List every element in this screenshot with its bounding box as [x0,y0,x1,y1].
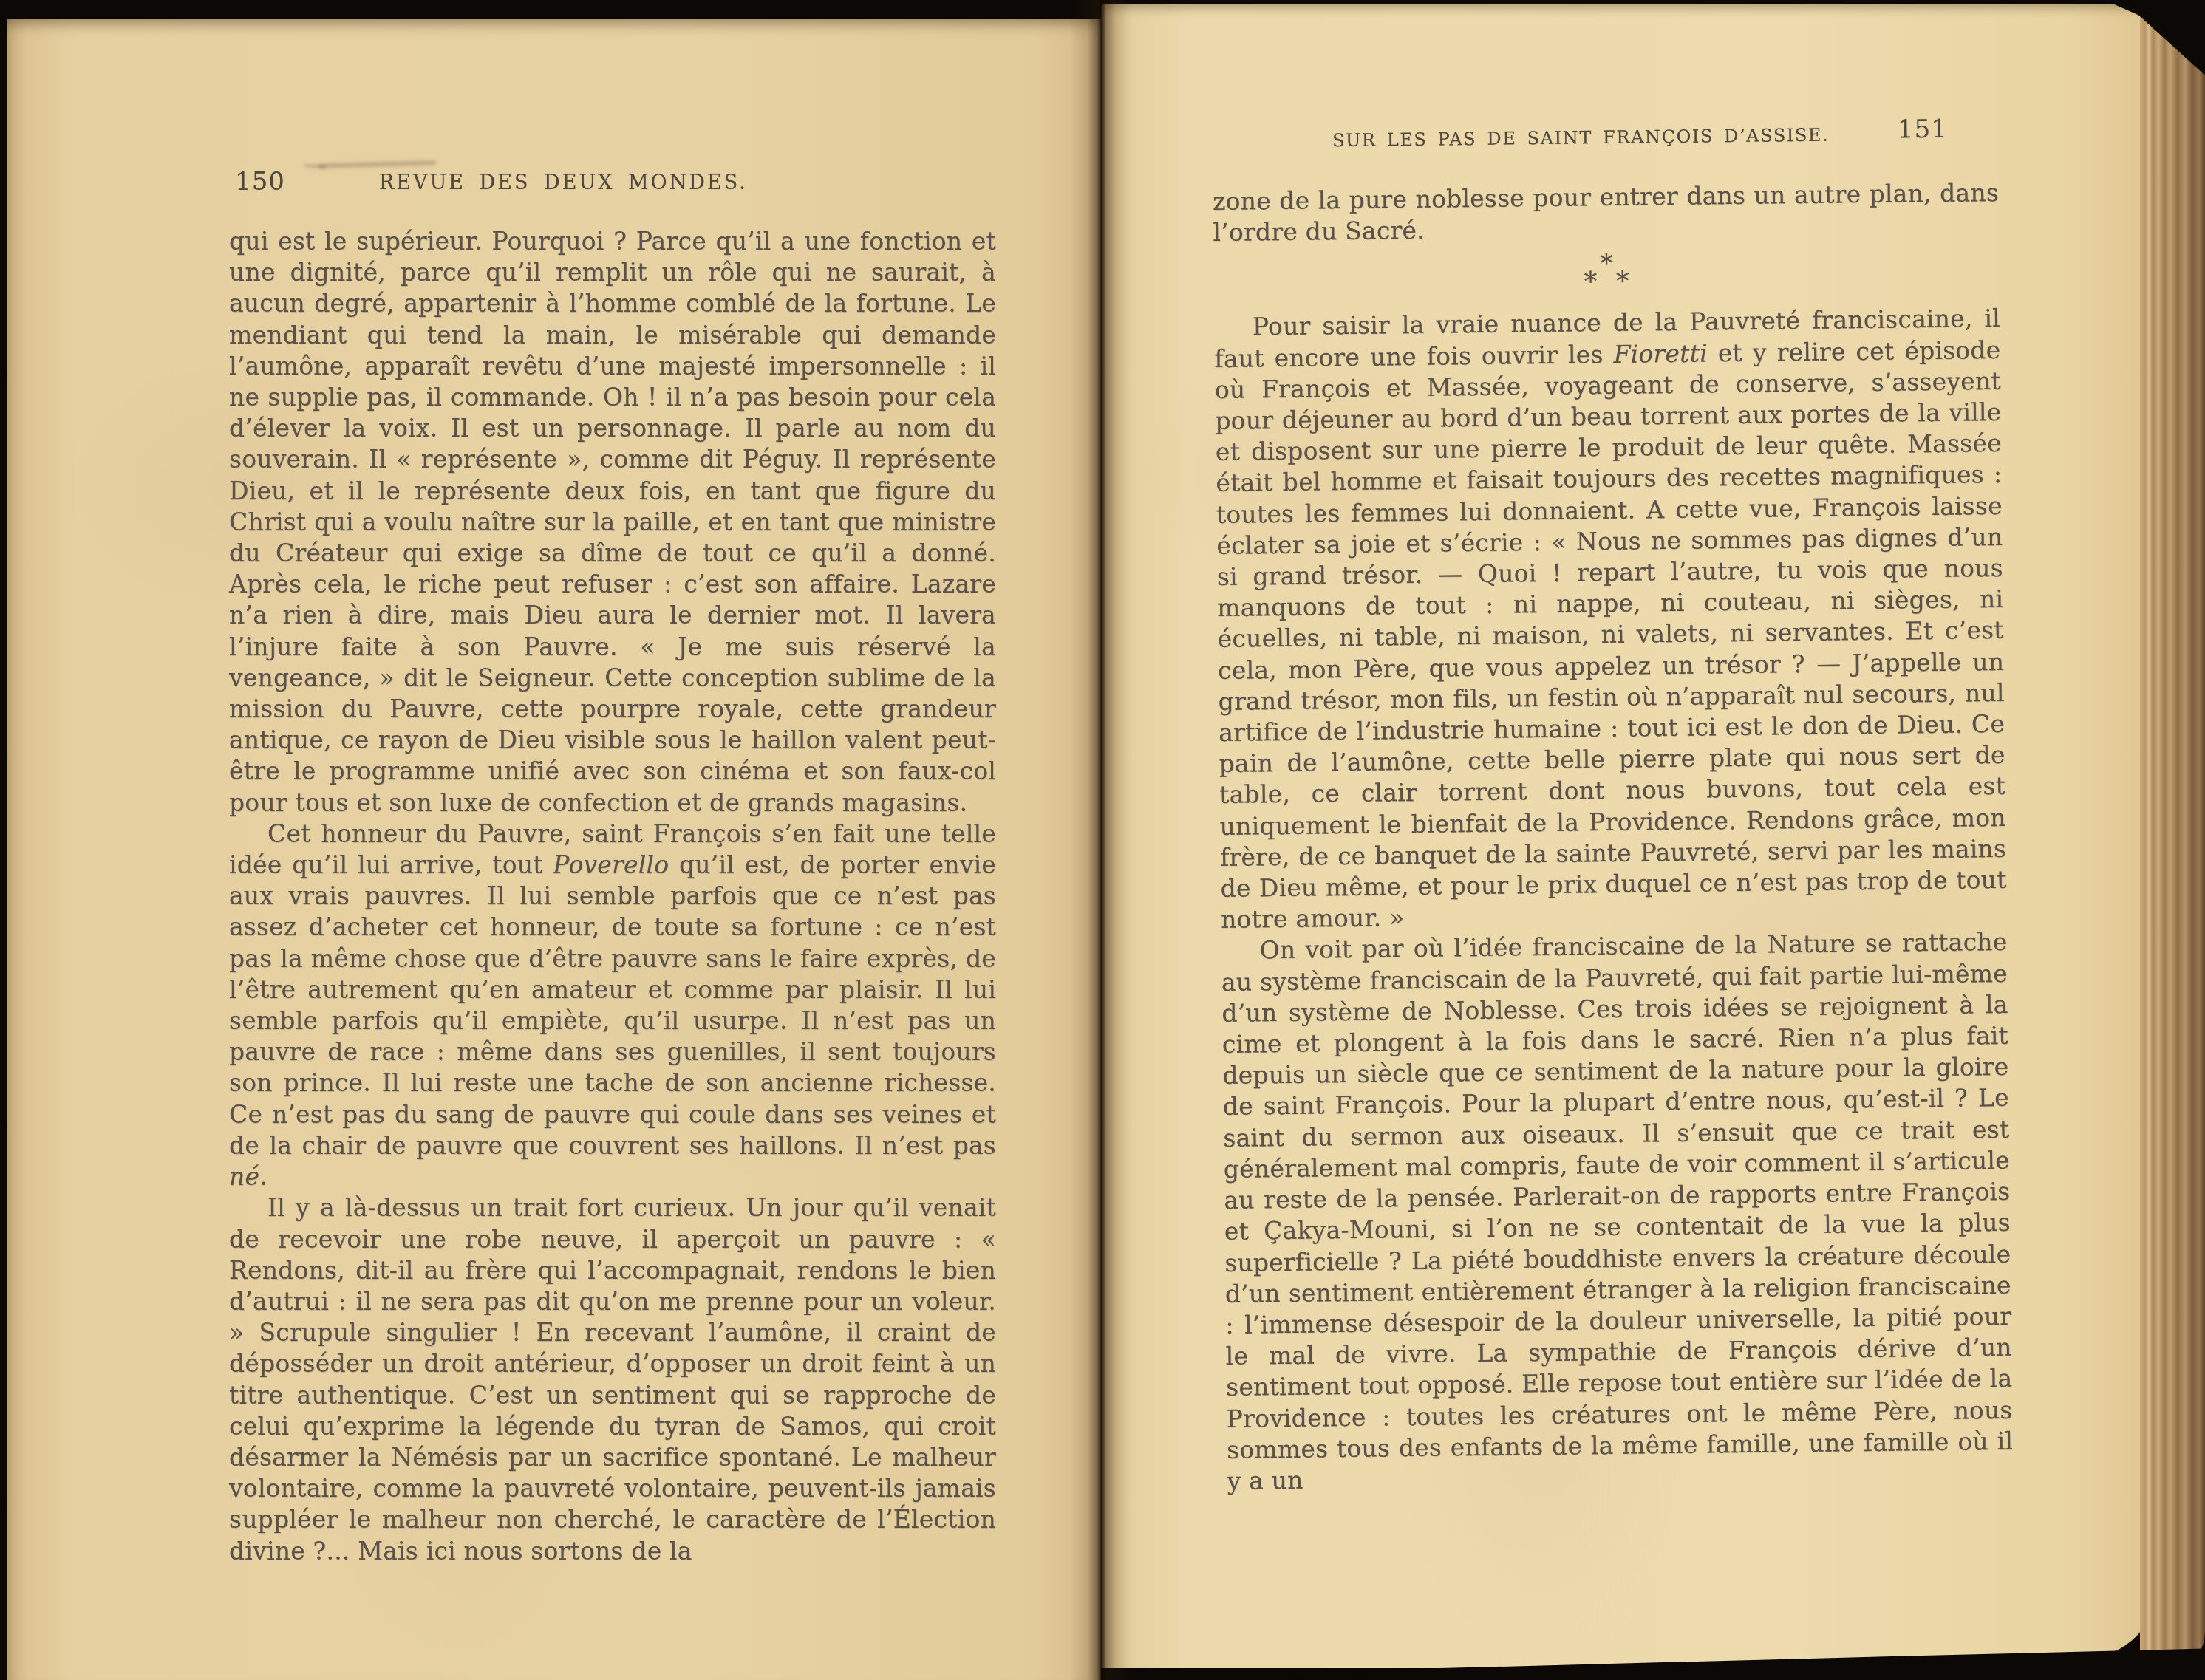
right-page: SUR LES PAS DE SAINT FRANÇOIS D’ASSISE. … [1101,4,2150,1668]
left-page-text: qui est le supérieur. Pourquoi ? Parce q… [229,226,996,1567]
asterism-separator: * * * [1213,251,2000,296]
paragraph: Pour saisir la vraie nuance de la Pauvre… [1214,303,2008,935]
page-number-left: 150 [235,167,285,197]
paragraph: zone de la pure noblesse pour entrer dan… [1213,177,2000,248]
running-title-right: SUR LES PAS DE SAINT FRANÇOIS D’ASSISE. [1332,125,1830,151]
italic-text: Fioretti [1613,338,1708,368]
page-number-right: 151 [1898,115,1948,145]
book-spread-scan: SUR LES PAS DE SAINT FRANÇOIS D’ASSISE. … [0,0,2205,1680]
right-page-text: Pour saisir la vraie nuance de la Pauvre… [1214,303,2014,1497]
left-page-content: 150 REVUE DES DEUX MONDES. qui est le su… [229,167,996,1567]
paragraph: Il y a là-dessus un trait fort curieux. … [229,1192,996,1566]
italic-text: né [229,1162,259,1191]
right-page-header: SUR LES PAS DE SAINT FRANÇOIS D’ASSISE. … [1212,114,1999,186]
right-page-intro-text: zone de la pure noblesse pour entrer dan… [1213,177,2000,248]
left-page: 150 REVUE DES DEUX MONDES. qui est le su… [7,19,1101,1680]
running-title-left: REVUE DES DEUX MONDES. [379,171,748,194]
paragraph: On voit par où l’idée franciscaine de la… [1221,926,2014,1497]
right-page-content: SUR LES PAS DE SAINT FRANÇOIS D’ASSISE. … [1212,114,2014,1497]
paragraph: Cet honneur du Pauvre, saint François s’… [229,819,996,1192]
page-edge-stack [2140,6,2205,1665]
paragraph: qui est le supérieur. Pourquoi ? Parce q… [229,226,996,819]
italic-text: Poverello [553,850,669,879]
left-page-header: 150 REVUE DES DEUX MONDES. [229,167,996,226]
